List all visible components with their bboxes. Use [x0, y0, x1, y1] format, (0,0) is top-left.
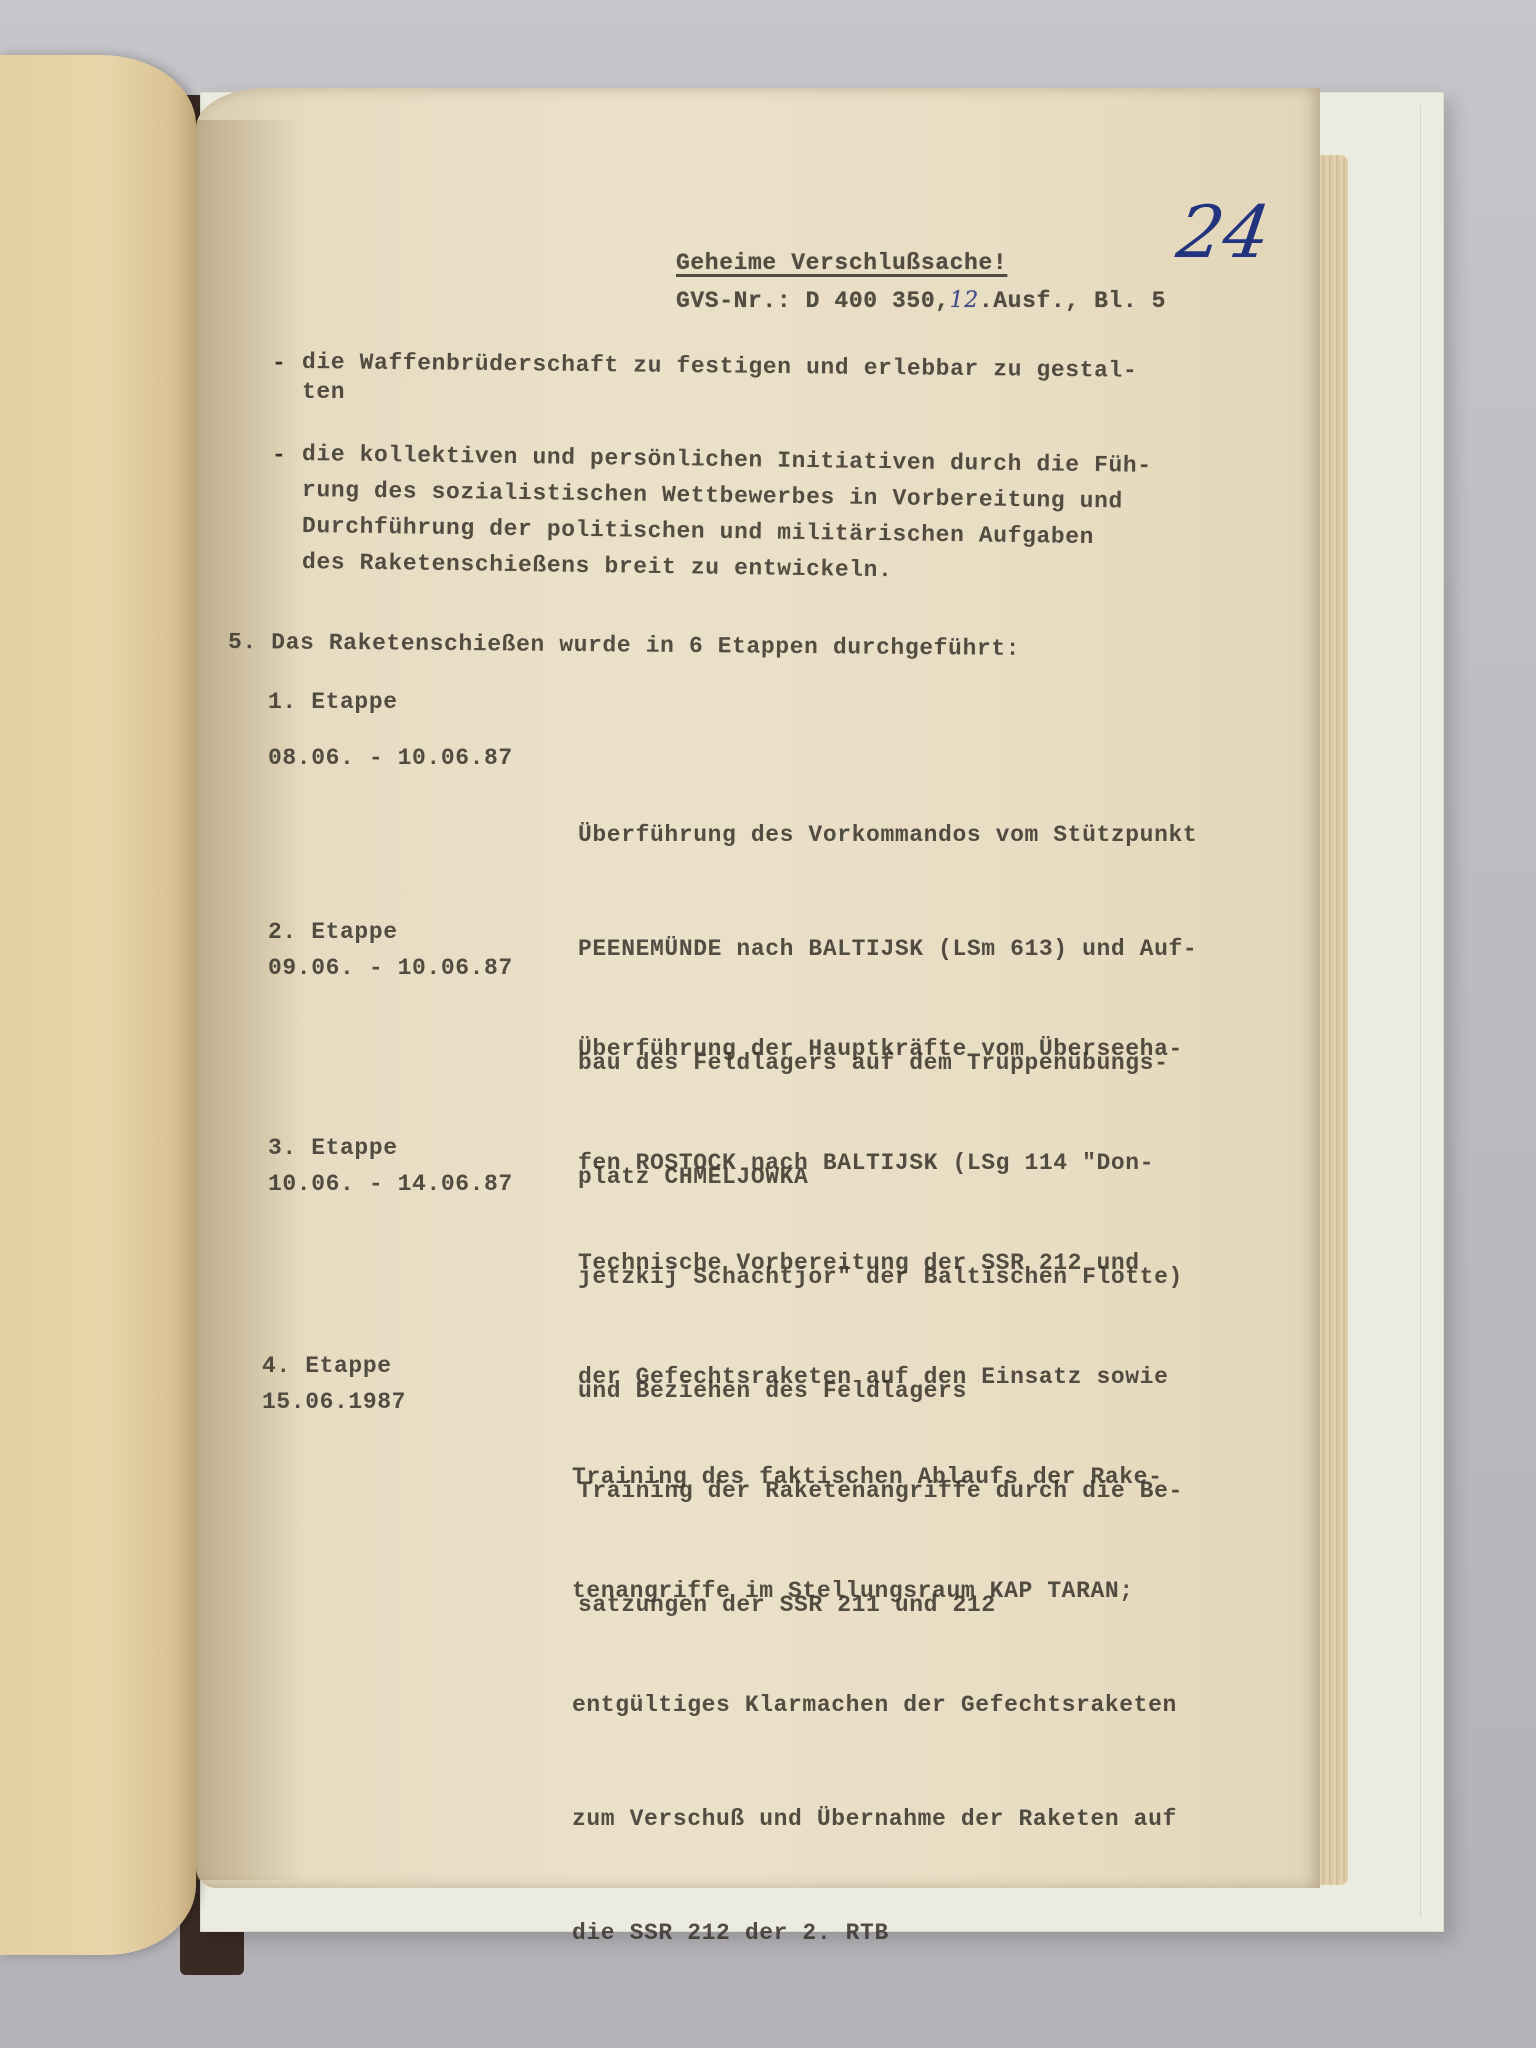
handwritten-copy-number: 12 [950, 288, 979, 313]
stage-label: 4. Etappe [262, 1348, 406, 1384]
stage-label: 1. Etappe [268, 684, 513, 720]
stage-date: 15.06.1987 [262, 1384, 406, 1420]
stage-4: 4. Etappe 15.06.1987 [262, 1348, 406, 1420]
bullet-dash: - [272, 442, 286, 468]
stage-4-description: Training des faktischen Ablaufs der Rake… [572, 1382, 1177, 1990]
stage-label: 3. Etappe [268, 1130, 513, 1166]
text-line: entgültiges Klarmachen der Gefechtsraket… [572, 1686, 1177, 1724]
stage-date: 08.06. - 10.06.87 [268, 740, 513, 776]
bullet-item: die kollektiven und persönlichen Initiat… [302, 436, 1152, 580]
stage-3: 3. Etappe 10.06. - 14.06.87 [268, 1130, 513, 1202]
text-line: die SSR 212 der 2. RTB [572, 1914, 1177, 1952]
left-page-curl[interactable] [0, 55, 196, 1955]
folder-inner-edge [1420, 105, 1421, 1917]
stage-2: 2. Etappe 09.06. - 10.06.87 [268, 914, 513, 986]
bullet-dash: - [272, 350, 286, 376]
stage-date: 10.06. - 14.06.87 [268, 1166, 513, 1202]
text-line: Technische Vorbereitung der SSR 212 und [578, 1244, 1183, 1282]
bullet-item: die Waffenbrüderschaft zu festigen und e… [302, 344, 1137, 410]
classification-heading: Geheime Verschlußsache! [676, 250, 1007, 276]
page-stack-edges [1318, 155, 1348, 1885]
gvs-suffix: .Ausf., Bl. 5 [979, 288, 1166, 314]
text-line: Überführung des Vorkommandos vom Stützpu… [578, 816, 1197, 854]
stage-1: 1. Etappe 08.06. - 10.06.87 [268, 684, 513, 776]
gvs-number: GVS-Nr.: D 400 350,12.Ausf., Bl. 5 [676, 288, 1166, 314]
section-number: 5. [228, 629, 257, 655]
stage-date: 09.06. - 10.06.87 [268, 950, 513, 986]
gvs-prefix: GVS-Nr.: D 400 350, [676, 288, 950, 314]
text-line: tenangriffe im Stellungsraum KAP TARAN; [572, 1572, 1177, 1610]
text-line: zum Verschuß und Übernahme der Raketen a… [572, 1800, 1177, 1838]
handwritten-folio-number: 24 [1172, 190, 1275, 274]
section-5-heading: 5. Das Raketenschießen wurde in 6 Etappe… [228, 624, 1020, 667]
section-heading-text: Das Raketenschießen wurde in 6 Etappen d… [271, 629, 1020, 662]
stage-label: 2. Etappe [268, 914, 513, 950]
text-line: Überführung der Hauptkräfte vom Überseeh… [578, 1030, 1183, 1068]
text-line: Training des faktischen Ablaufs der Rake… [572, 1458, 1177, 1496]
